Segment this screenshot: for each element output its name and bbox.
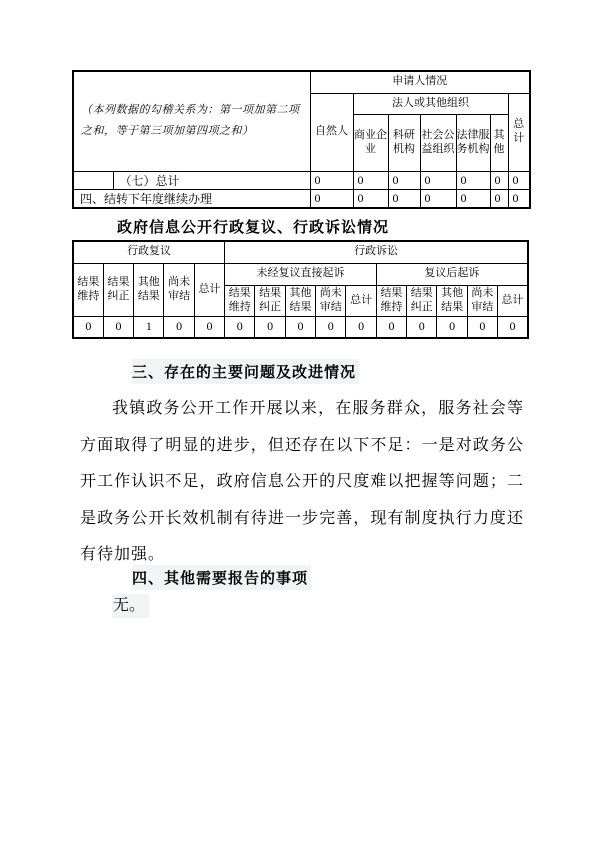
cell-value: 0 <box>388 171 420 189</box>
cell-value: 0 <box>255 316 285 338</box>
cell-value: 0 <box>508 171 530 189</box>
table1-header-legal-org: 法人或其他组织 <box>353 93 508 114</box>
cell-value: 0 <box>420 189 456 208</box>
section4-content: 无。 <box>112 594 149 618</box>
cell-value: 0 <box>285 316 315 338</box>
empty-cell <box>73 171 113 189</box>
section3-paragraph: 我镇政务公开工作开展以来，在服务群众，服务社会等方面取得了明显的进步，但还存在以… <box>80 391 524 574</box>
table2-header-result-maintain: 结果维持 <box>73 263 103 316</box>
cell-value: 0 <box>498 316 528 338</box>
table2-subheader-result-correct: 结果纠正 <box>407 285 437 316</box>
document-page: （本列数据的勾稽关系为：第一项加第二项之和，等于第三项加第四项之和） 申请人情况… <box>0 0 600 848</box>
section4-content-text: 无。 <box>112 594 149 618</box>
table1-header-commercial: 商业企业 <box>353 114 388 171</box>
table1-header-social: 社会公益组织 <box>420 114 456 171</box>
cell-value: 1 <box>134 316 164 338</box>
cell-value: 0 <box>225 316 255 338</box>
cell-value: 0 <box>346 316 376 338</box>
cell-value: 0 <box>508 189 530 208</box>
cell-value: 0 <box>316 316 346 338</box>
cell-value: 0 <box>420 171 456 189</box>
review-litigation-table: 行政复议 行政诉讼 结果维持 结果纠正 其他结果 尚未审结 总计 未经复议直接起… <box>72 240 529 339</box>
section3-heading-text: 三、存在的主要问题及改进情况 <box>132 359 359 384</box>
cell-value: 0 <box>73 316 103 338</box>
table2-subheader-other-result: 其他结果 <box>285 285 315 316</box>
table2-title: 政府信息公开行政复议、行政诉讼情况 <box>117 216 389 237</box>
table-row: （七）总计 0 0 0 0 0 0 0 <box>73 171 530 189</box>
table1-note: （本列数据的勾稽关系为：第一项加第二项之和，等于第三项加第四项之和） <box>73 71 310 171</box>
table2-subheader-total: 总计 <box>346 285 376 316</box>
table-row: 0 0 1 0 0 0 0 0 0 0 0 0 0 0 0 <box>73 316 528 338</box>
table-row: 四、结转下年度继续办理 0 0 0 0 0 0 0 <box>73 189 530 208</box>
cell-value: 0 <box>194 316 224 338</box>
cell-value: 0 <box>456 189 490 208</box>
table2-header-direct-suit: 未经复议直接起诉 <box>225 263 377 285</box>
table2-header-result-correct: 结果纠正 <box>103 263 133 316</box>
cell-value: 0 <box>456 171 490 189</box>
cell-value: 0 <box>467 316 497 338</box>
section4-heading: 四、其他需要报告的事项 <box>132 565 311 590</box>
cell-value: 0 <box>407 316 437 338</box>
table2-header-total: 总计 <box>194 263 224 316</box>
table2-subheader-other-result: 其他结果 <box>437 285 467 316</box>
cell-value: 0 <box>310 171 353 189</box>
table2-header-after-review-suit: 复议后起诉 <box>376 263 528 285</box>
table2-subheader-result-correct: 结果纠正 <box>255 285 285 316</box>
table2-header-review: 行政复议 <box>73 241 225 263</box>
cell-value: 0 <box>164 316 194 338</box>
cell-value: 0 <box>437 316 467 338</box>
section3-heading: 三、存在的主要问题及改进情况 <box>132 359 359 384</box>
cell-value: 0 <box>103 316 133 338</box>
table1-header-other: 其他 <box>490 114 508 171</box>
cell-value: 0 <box>353 189 388 208</box>
table2-subheader-total: 总计 <box>498 285 528 316</box>
table1-header-total: 总计 <box>508 93 530 171</box>
cell-value: 0 <box>490 189 508 208</box>
table2-header-other-result: 其他结果 <box>134 263 164 316</box>
table2-subheader-pending: 尚未审结 <box>316 285 346 316</box>
table2-subheader-result-maintain: 结果维持 <box>225 285 255 316</box>
cell-value: 0 <box>353 171 388 189</box>
row-label: 四、结转下年度继续办理 <box>73 189 310 208</box>
table1-header-research: 科研机构 <box>388 114 420 171</box>
section4-heading-text: 四、其他需要报告的事项 <box>132 565 311 590</box>
applicant-stats-table: （本列数据的勾稽关系为：第一项加第二项之和，等于第三项加第四项之和） 申请人情况… <box>72 70 531 209</box>
row-label: （七）总计 <box>113 171 310 189</box>
table2-subheader-result-maintain: 结果维持 <box>376 285 406 316</box>
cell-value: 0 <box>388 189 420 208</box>
table1-header-legal-service: 法律服务机构 <box>456 114 490 171</box>
cell-value: 0 <box>490 171 508 189</box>
table1-header-natural-person: 自然人 <box>310 93 353 171</box>
table2-header-pending: 尚未审结 <box>164 263 194 316</box>
table2-header-litigation: 行政诉讼 <box>225 241 528 263</box>
cell-value: 0 <box>376 316 406 338</box>
cell-value: 0 <box>310 189 353 208</box>
table1-header-applicant: 申请人情况 <box>310 71 530 93</box>
table2-subheader-pending: 尚未审结 <box>467 285 497 316</box>
